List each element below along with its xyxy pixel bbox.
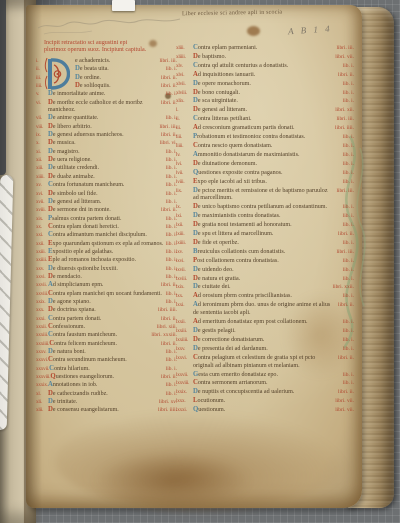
- entry-title: De genesi ad litteram.: [48, 198, 164, 206]
- entry-number: xxxiii.: [36, 332, 48, 338]
- entry-number: lxxxi.: [176, 407, 193, 413]
- entry-bookcount: lib. i.: [343, 134, 354, 140]
- entry-bookcount: lib. i.: [343, 63, 354, 69]
- entry-title: Post collationem contra donatistas.: [193, 257, 341, 266]
- entry-number: xiii.: [36, 165, 48, 171]
- entry-number: xliiii.: [176, 54, 193, 60]
- photo-background-strip: [0, 0, 6, 175]
- entry-initial: D: [193, 203, 198, 210]
- entry-number: l.: [176, 107, 193, 113]
- entry-number: lx.: [176, 204, 193, 210]
- index-entry: lxi.De maximianistis contra donatistas.l…: [176, 212, 354, 221]
- entry-number: lxxii.: [176, 319, 193, 325]
- manuscript-photo: Liber ecclesie sci andree apli in scocia…: [0, 0, 400, 523]
- entry-initial: D: [48, 139, 53, 146]
- entry-title: De uidendo deo.: [193, 266, 341, 275]
- entry-title: De agone xpiano.: [48, 298, 164, 306]
- entry-number: xxxi.: [36, 316, 48, 322]
- entry-title: Ammonitio donatistarum de maximianistis.: [193, 151, 341, 160]
- entry-initial: D: [48, 298, 53, 305]
- entry-number: xxxvii.: [36, 366, 49, 372]
- index-entry: liii.Probationum et testimonioz contra d…: [176, 133, 354, 142]
- entry-initial: C: [49, 340, 54, 347]
- entry-initial: D: [193, 97, 198, 104]
- entry-number: lxxvii.: [176, 372, 193, 378]
- entry-bookcount: libri. xii.: [335, 107, 354, 113]
- entry-initial: D: [48, 265, 53, 272]
- entry-initial: D: [193, 239, 198, 246]
- entry-number: v.: [36, 91, 48, 97]
- entry-bookcount: lib. i.: [343, 170, 354, 176]
- index-entry: liiii.Contra nescio quem donatistam.lib.…: [176, 142, 354, 151]
- entry-initial: D: [193, 212, 198, 219]
- entry-initial: D: [48, 90, 53, 97]
- entry-bookcount: libri. vi.: [160, 140, 177, 146]
- index-entry: lxii.De gratia noui testamenti ad honora…: [176, 221, 354, 230]
- entry-number: xxx.: [36, 307, 48, 313]
- entry-bookcount: libri. xxii.: [333, 284, 354, 290]
- entry-initial: L: [193, 397, 198, 404]
- entry-number: vi.: [36, 100, 48, 106]
- entry-bookcount: libri. ii.: [338, 389, 354, 395]
- entry-initial: Q: [193, 169, 198, 176]
- entry-initial: D: [48, 273, 53, 280]
- index-entry: lxxvii.Gesta cum emerito donatistaz epo.…: [176, 371, 354, 380]
- entry-bookcount: libri. ii.: [161, 374, 177, 380]
- entry-initial: C: [193, 379, 198, 386]
- index-entry: lxviii.De natura et gratia.lib. i.: [176, 275, 354, 284]
- entry-bookcount: lib. i.: [343, 240, 354, 246]
- entry-initial: A: [193, 318, 198, 325]
- entry-title: De maximianistis contra donatistas.: [193, 212, 341, 221]
- entry-title: De uera religione.: [48, 156, 164, 164]
- entry-initial: A: [193, 71, 198, 78]
- entry-bookcount: lib. i.: [343, 380, 354, 386]
- entry-initial: C: [193, 115, 198, 122]
- entry-title: De spu et littera ad marcellinum.: [193, 230, 336, 239]
- entry-number: ix.: [36, 132, 48, 138]
- index-entry: xxi.Contra adimantum manichei discipulum…: [36, 231, 177, 239]
- entry-bookcount: libri. iii.: [336, 45, 354, 51]
- entry-title: De musica.: [48, 139, 158, 147]
- entry-number: xiiii.: [36, 174, 48, 180]
- entry-title: Contra sermonem arrianorum.: [193, 379, 341, 388]
- index-entry: xx.Contra eplam donati heretici.lib. i.: [36, 223, 177, 231]
- entry-number: iii.: [36, 75, 48, 81]
- entry-number: lxiii.: [176, 231, 193, 237]
- index-entry: xxvi.De mendacio.lib. i.: [36, 273, 177, 281]
- entry-number: viii.: [36, 124, 48, 130]
- entry-initial: A: [48, 281, 53, 288]
- entry-bookcount: lib. i.: [343, 346, 354, 352]
- entry-title: De presentia dei ad dardanum.: [193, 345, 341, 354]
- index-entry: xxx.De doctrina xpiana.libri. iiii.: [36, 306, 177, 314]
- entry-title: De natura boni.: [48, 348, 164, 356]
- contents-column-left: i.e achademicis.libri. iii.ii.De beata u…: [36, 58, 177, 415]
- entry-number: xlii.: [36, 407, 48, 413]
- entry-number: lxxvi.: [176, 355, 193, 361]
- entry-initial: D: [193, 275, 198, 282]
- index-entry: viii.De libero arbitrio.libri. iii.: [36, 123, 177, 131]
- entry-title: e achademicis.: [48, 58, 157, 65]
- entry-number: lxxiii.: [176, 328, 193, 334]
- index-entry: lvii.Questiones exposite contra paganos.…: [176, 169, 354, 178]
- entry-title: De genesi ad litteram.: [193, 106, 333, 115]
- index-entry: ix.De genesi aduersus manicheos.libri. i…: [36, 131, 177, 139]
- index-entry: iii.De ordine.libri. ii.: [36, 74, 177, 82]
- entry-initial: D: [48, 206, 53, 213]
- entry-initial: Q: [193, 406, 198, 413]
- entry-initial: D: [193, 336, 198, 343]
- entry-number: ii.: [36, 66, 48, 72]
- entry-initial: D: [48, 190, 53, 197]
- entry-number: xli.: [36, 399, 48, 405]
- entry-number: lix.: [176, 188, 193, 194]
- white-label-sticker: [112, 0, 135, 11]
- entry-bookcount: lib. i.: [343, 81, 354, 87]
- entry-initial: A: [193, 151, 198, 158]
- entry-bookcount: libri. ii.: [161, 75, 177, 81]
- index-entry: xiii.De utilitate credendi.lib. i.: [36, 164, 177, 172]
- rubric-heading: Incipit retractatio sci augustini epi pl…: [44, 40, 178, 55]
- entry-number: lxxv.: [176, 346, 193, 352]
- entry-bookcount: libri. xiii.: [157, 324, 177, 330]
- index-entry: xlii.De consensu euangelistarum.libri. i…: [36, 406, 177, 414]
- entry-initial: P: [193, 133, 197, 140]
- index-entry: xxiiii.Eple ad romanos inchoata expositi…: [36, 256, 177, 264]
- entry-title: Contra hilarium.: [49, 365, 164, 373]
- entry-initial: D: [48, 156, 53, 163]
- entry-bookcount: libri. ii.: [161, 282, 177, 288]
- index-entry: i.e achademicis.libri. iii.: [36, 58, 177, 65]
- entry-title: De ordine.: [48, 74, 159, 82]
- entry-initial: D: [48, 173, 53, 180]
- entry-initial: E: [48, 240, 53, 247]
- entry-initial: D: [48, 131, 53, 138]
- entry-number: x.: [36, 140, 48, 146]
- entry-number: lxi.: [176, 213, 193, 219]
- entry-number: xxvii.: [36, 282, 48, 288]
- entry-title: Contra eplam parmeniani.: [193, 44, 334, 53]
- entry-number: xxiii.: [36, 249, 48, 255]
- entry-number: xvii.: [36, 199, 48, 205]
- entry-bookcount: libri. iiii.: [158, 307, 177, 313]
- entry-initial: D: [193, 187, 198, 194]
- entry-title: Contra litteras petiliani.: [193, 115, 334, 124]
- index-entry: xliii.Contra eplam parmeniani.libri. iii…: [176, 44, 354, 53]
- index-entry: vii.De anime quantitate.lib. i.: [36, 114, 177, 122]
- entry-initial: C: [193, 354, 198, 361]
- entry-initial: D: [48, 390, 53, 397]
- entry-bookcount: libri. ii.: [338, 231, 354, 237]
- entry-initial: E: [193, 178, 198, 185]
- faded-scribbles: [34, 12, 184, 36]
- entry-title: Questiones euangeliorum.: [50, 373, 159, 381]
- entry-title: Contra felicem manicheum.: [49, 340, 159, 348]
- entry-number: xl.: [36, 391, 48, 397]
- entry-initial: D: [48, 114, 53, 121]
- entry-title: Ad cresconium gramaticum partis donati.: [193, 124, 333, 133]
- entry-number: xvi.: [36, 191, 48, 197]
- index-entry: xxiii.Expositio eple ad galathas.lib. i.: [36, 248, 177, 256]
- entry-title: Psalmus contra partem donati.: [48, 215, 164, 223]
- entry-initial: G: [193, 371, 198, 378]
- entry-number: lvii.: [176, 170, 193, 176]
- index-entry: xvi.De simbolo uel fide.lib. i.: [36, 190, 177, 198]
- entry-title: Ad ieronimum pbrm duo. unus de origine a…: [193, 301, 336, 318]
- entry-number: xlviii.: [176, 90, 193, 96]
- entry-bookcount: lib. i.: [343, 222, 354, 228]
- contents-column-right: xliii.Contra eplam parmeniani.libri. iii…: [176, 44, 354, 415]
- index-entry: xxv.De diuersis qstionibz lxxxiii.lib. i…: [36, 265, 177, 273]
- entry-initial: E: [48, 248, 53, 255]
- index-entry: xlv.Contra qd attulit centurius a donati…: [176, 62, 354, 71]
- entry-number: lvi.: [176, 161, 193, 167]
- index-entry: xxxvii.Contra hilarium.lib. i.: [36, 365, 177, 373]
- index-entry: xvii.De genesi ad litteram.lib. i.: [36, 198, 177, 206]
- entry-title: De unico baptismo contra petilianum ad c…: [193, 203, 341, 212]
- entry-initial: D: [193, 221, 198, 228]
- entry-number: lviii.: [176, 179, 193, 185]
- entry-bookcount: libri. ii.: [161, 100, 177, 106]
- entry-title: De inmortalitate anime.: [48, 90, 164, 98]
- index-entry: lv.Ammonitio donatistarum de maximianist…: [176, 151, 354, 160]
- entry-number: i.: [36, 58, 48, 64]
- entry-initial: D: [75, 65, 80, 72]
- entry-title: Contra secundinum manicheum.: [48, 356, 164, 364]
- index-entry: xv.Contra fortunatum manicheum.lib. i.: [36, 181, 177, 189]
- entry-number: xviii.: [36, 207, 48, 213]
- entry-title: Contra faustum manicheum.: [48, 331, 149, 339]
- entry-initial: D: [193, 53, 198, 60]
- entry-bookcount: lib. i.: [343, 328, 354, 334]
- entry-title: De diuersis qstionibz lxxxiii.: [48, 265, 164, 273]
- entry-title: De natura et gratia.: [193, 275, 341, 284]
- entry-title: De beata uita.: [48, 65, 164, 73]
- entry-number: lxxi.: [176, 302, 193, 308]
- entry-initial: C: [48, 331, 53, 338]
- entry-bookcount: lib. i.: [343, 152, 354, 158]
- index-entry: xxxviii.Questiones euangeliorum.libri. i…: [36, 373, 177, 381]
- entry-number: xliii.: [176, 45, 193, 51]
- index-entry: xviii.De sermone dni in monte.libri. ii.: [36, 206, 177, 214]
- entry-bookcount: lib. i.: [343, 213, 354, 219]
- index-entry: li.Contra litteras petiliani.libri. iii.: [176, 115, 354, 124]
- entry-initial: D: [75, 74, 80, 81]
- entry-number: vii.: [36, 115, 48, 121]
- index-entry: xxii.Expo quarundam qstionum ex epla ad …: [36, 240, 177, 248]
- entry-initial: C: [48, 315, 53, 322]
- index-entry: lxxv.De presentia dei ad dardanum.lib. i…: [176, 345, 354, 354]
- entry-title: Contra adimantum manichei discipulum.: [48, 231, 164, 239]
- index-entry: xxxix.Annotationes in iob.lib. i.: [36, 381, 177, 389]
- entry-title: De gratia noui testamenti ad honoratum.: [193, 221, 341, 230]
- entry-bookcount: libri. iii.: [336, 188, 354, 194]
- entry-number: xxxv.: [36, 349, 48, 355]
- entry-initial: A: [193, 292, 198, 299]
- entry-bookcount: lib. i.: [343, 143, 354, 149]
- entry-number: lxii.: [176, 222, 193, 228]
- entry-title: De cathecizandis rudibz.: [48, 390, 164, 398]
- entry-title: De fide et operibz.: [193, 239, 341, 248]
- entry-initial: C: [48, 356, 53, 363]
- entry-number: xlv.: [176, 63, 193, 69]
- entry-initial: E: [48, 256, 53, 263]
- entry-bookcount: libri. ii.: [338, 302, 354, 308]
- entry-bookcount: libri. ii.: [161, 83, 177, 89]
- index-entry: ii.De beata uita.lib. i.: [36, 65, 177, 73]
- entry-initial: C: [48, 181, 53, 188]
- entry-number: xxix.: [36, 299, 48, 305]
- entry-number: lv.: [176, 152, 193, 158]
- entry-bookcount: lib. i.: [343, 204, 354, 210]
- entry-number: xxv.: [36, 266, 48, 272]
- entry-number: lxiiii.: [176, 240, 193, 246]
- entry-title: Questiones exposite contra paganos.: [193, 169, 341, 178]
- entry-bookcount: libri. ii.: [161, 132, 177, 138]
- entry-title: Contra eplam donati heretici.: [48, 223, 164, 231]
- entry-number: lxxiiii.: [176, 337, 193, 343]
- entry-number: xxxvi.: [36, 357, 48, 363]
- entry-number: xxvi.: [36, 274, 48, 280]
- entry-initial: D: [48, 398, 53, 405]
- entry-number: xxxiiii.: [36, 341, 49, 347]
- entry-number: liiii.: [176, 143, 193, 149]
- entry-initial: C: [193, 44, 198, 51]
- entry-bookcount: libri. iiii.: [335, 125, 354, 131]
- entry-title: De bono coniugali.: [193, 89, 341, 98]
- entry-number: xxii.: [36, 241, 48, 247]
- index-entry: lxvii.De uidendo deo.lib. i.: [176, 266, 354, 275]
- entry-initial: D: [193, 106, 198, 113]
- entry-number: lxviii.: [176, 276, 193, 282]
- entry-initial: Q: [50, 373, 55, 380]
- index-entry: xli.De trinitate.libri. xv.: [36, 398, 177, 406]
- entry-title: De ciuitate dei.: [193, 283, 331, 292]
- entry-initial: D: [193, 266, 198, 273]
- entry-number: xxxii.: [36, 324, 48, 330]
- entry-number: iiii.: [36, 83, 48, 89]
- entry-bookcount: libri. iii.: [336, 249, 354, 255]
- entry-initial: D: [193, 80, 198, 87]
- entry-title: Ad orosium pbrm contra priscillianistas.: [193, 292, 341, 301]
- index-entry: lxxx.Locutionum.libri. vii.: [176, 397, 354, 406]
- entry-title: De utilitate credendi.: [48, 164, 164, 172]
- entry-initial: D: [193, 160, 198, 167]
- index-entry: lxiiii.De fide et operibz.lib. i.: [176, 239, 354, 248]
- index-entry: xlvii.De opere monachorum.lib. i.: [176, 80, 354, 89]
- entry-bookcount: libri. ii.: [161, 316, 177, 322]
- index-entry: xlix.De sca uirginitate.lib. i.: [176, 97, 354, 106]
- index-entry: lxxxi.Questionum.libri. vii.: [176, 406, 354, 415]
- entry-number: xlix.: [176, 98, 193, 104]
- entry-number: xxxix.: [36, 382, 48, 388]
- index-entry: lxiii.De spu et littera ad marcellinum.l…: [176, 230, 354, 239]
- index-entry: lxv.Breuiculus collationis cum donatisti…: [176, 248, 354, 257]
- index-entry: xxix.De agone xpiano.lib. i.: [36, 298, 177, 306]
- index-entry: x.De musica.libri. vi.: [36, 139, 177, 147]
- entry-bookcount: libri. ii.: [338, 72, 354, 78]
- entry-title: Confessionum.: [48, 323, 155, 331]
- entry-bookcount: libri. iii.: [336, 116, 354, 122]
- index-entry: xxxiii.Contra faustum manicheum.libri. x…: [36, 331, 177, 339]
- entry-number: xv.: [36, 182, 48, 188]
- entry-bookcount: lib. i.: [343, 98, 354, 104]
- entry-title: Contra fortunatum manicheum.: [48, 181, 164, 189]
- entry-title: Eple ad romanos inchoata expositio.: [48, 256, 164, 264]
- entry-bookcount: lib. i.: [343, 337, 354, 343]
- entry-initial: D: [48, 348, 53, 355]
- index-entry: lxxii.Ad emeritum donatistaz epm post co…: [176, 318, 354, 327]
- entry-bookcount: libri. ii.: [338, 355, 354, 361]
- entry-title: De pctoz meritis et remissione et de bap…: [193, 187, 334, 204]
- entry-bookcount: libri. vii.: [335, 398, 354, 404]
- entry-bookcount: libri. xv.: [159, 399, 177, 405]
- entry-bookcount: lib. i.: [343, 372, 354, 378]
- index-entry: v.De inmortalitate anime.lib. i.: [36, 90, 177, 98]
- entry-bookcount: lib. i.: [343, 258, 354, 264]
- entry-bookcount: libri. vii.: [335, 407, 354, 413]
- entry-initial: D: [193, 388, 198, 395]
- entry-initial: A: [193, 124, 198, 131]
- index-entry: xxxii.Confessionum.libri. xiii.: [36, 323, 177, 331]
- entry-number: lxvi.: [176, 258, 193, 264]
- entry-number: xi.: [36, 149, 48, 155]
- entry-title: Locutionum.: [193, 397, 333, 406]
- entry-number: lxix.: [176, 284, 193, 290]
- entry-bookcount: libri. ii.: [161, 341, 177, 347]
- entry-title: Questionum.: [193, 406, 333, 415]
- entry-initial: P: [193, 257, 197, 264]
- entry-title: De nuptiis et concupiscentia ad ualerium…: [193, 388, 336, 397]
- entry-title: De magistro.: [48, 148, 164, 156]
- index-entry: lii.Ad cresconium gramaticum partis dona…: [176, 124, 354, 133]
- entry-initial: B: [193, 248, 198, 255]
- entry-title: De simbolo uel fide.: [48, 190, 164, 198]
- entry-title: Contra nescio quem donatistam.: [193, 142, 341, 151]
- entry-number: xlvi.: [176, 72, 193, 78]
- entry-initial: D: [48, 99, 53, 106]
- index-entry: xxviii.Contra eplam manichei qm uocant f…: [36, 290, 177, 298]
- entry-number: liii.: [176, 134, 193, 140]
- entry-bookcount: libri. xxxiii.: [151, 332, 177, 338]
- entry-initial: D: [48, 148, 53, 155]
- index-entry: xliiii.De baptismo.libri. vii.: [176, 53, 354, 62]
- entry-initial: D: [48, 164, 53, 171]
- entry-initial: D: [48, 198, 53, 205]
- entry-number: xxi.: [36, 232, 48, 238]
- index-entry: xii.De uera religione.lib. i.: [36, 156, 177, 164]
- entry-initial: D: [48, 306, 53, 313]
- index-entry: lxxix.De nuptiis et concupiscentia ad ua…: [176, 388, 354, 397]
- index-entry: lxxi.Ad ieronimum pbrm duo. unus de orig…: [176, 301, 354, 318]
- entry-bookcount: libri. iii.: [159, 124, 177, 130]
- entry-initial: C: [193, 62, 198, 69]
- entry-initial: A: [193, 301, 198, 308]
- entry-title: De moribz eccle catholice et de moribz m…: [48, 99, 159, 115]
- index-entry: xlvi.Ad inquisitiones ianuarii.libri. ii…: [176, 71, 354, 80]
- index-entry: lviii.Expo eple iacobi ad xii tribus.lib…: [176, 178, 354, 187]
- entry-number: lxx.: [176, 293, 193, 299]
- entry-title: Contra partem donati.: [48, 315, 159, 323]
- stain: [92, 452, 252, 510]
- entry-number: xxiiii.: [36, 257, 48, 263]
- entry-bookcount: lib. i.: [343, 161, 354, 167]
- stain: [247, 26, 260, 36]
- entry-bookcount: lib. i.: [343, 319, 354, 325]
- index-entry: lxxiii.De gestis pelagii.lib. i.: [176, 327, 354, 336]
- entry-initial: A: [48, 381, 53, 388]
